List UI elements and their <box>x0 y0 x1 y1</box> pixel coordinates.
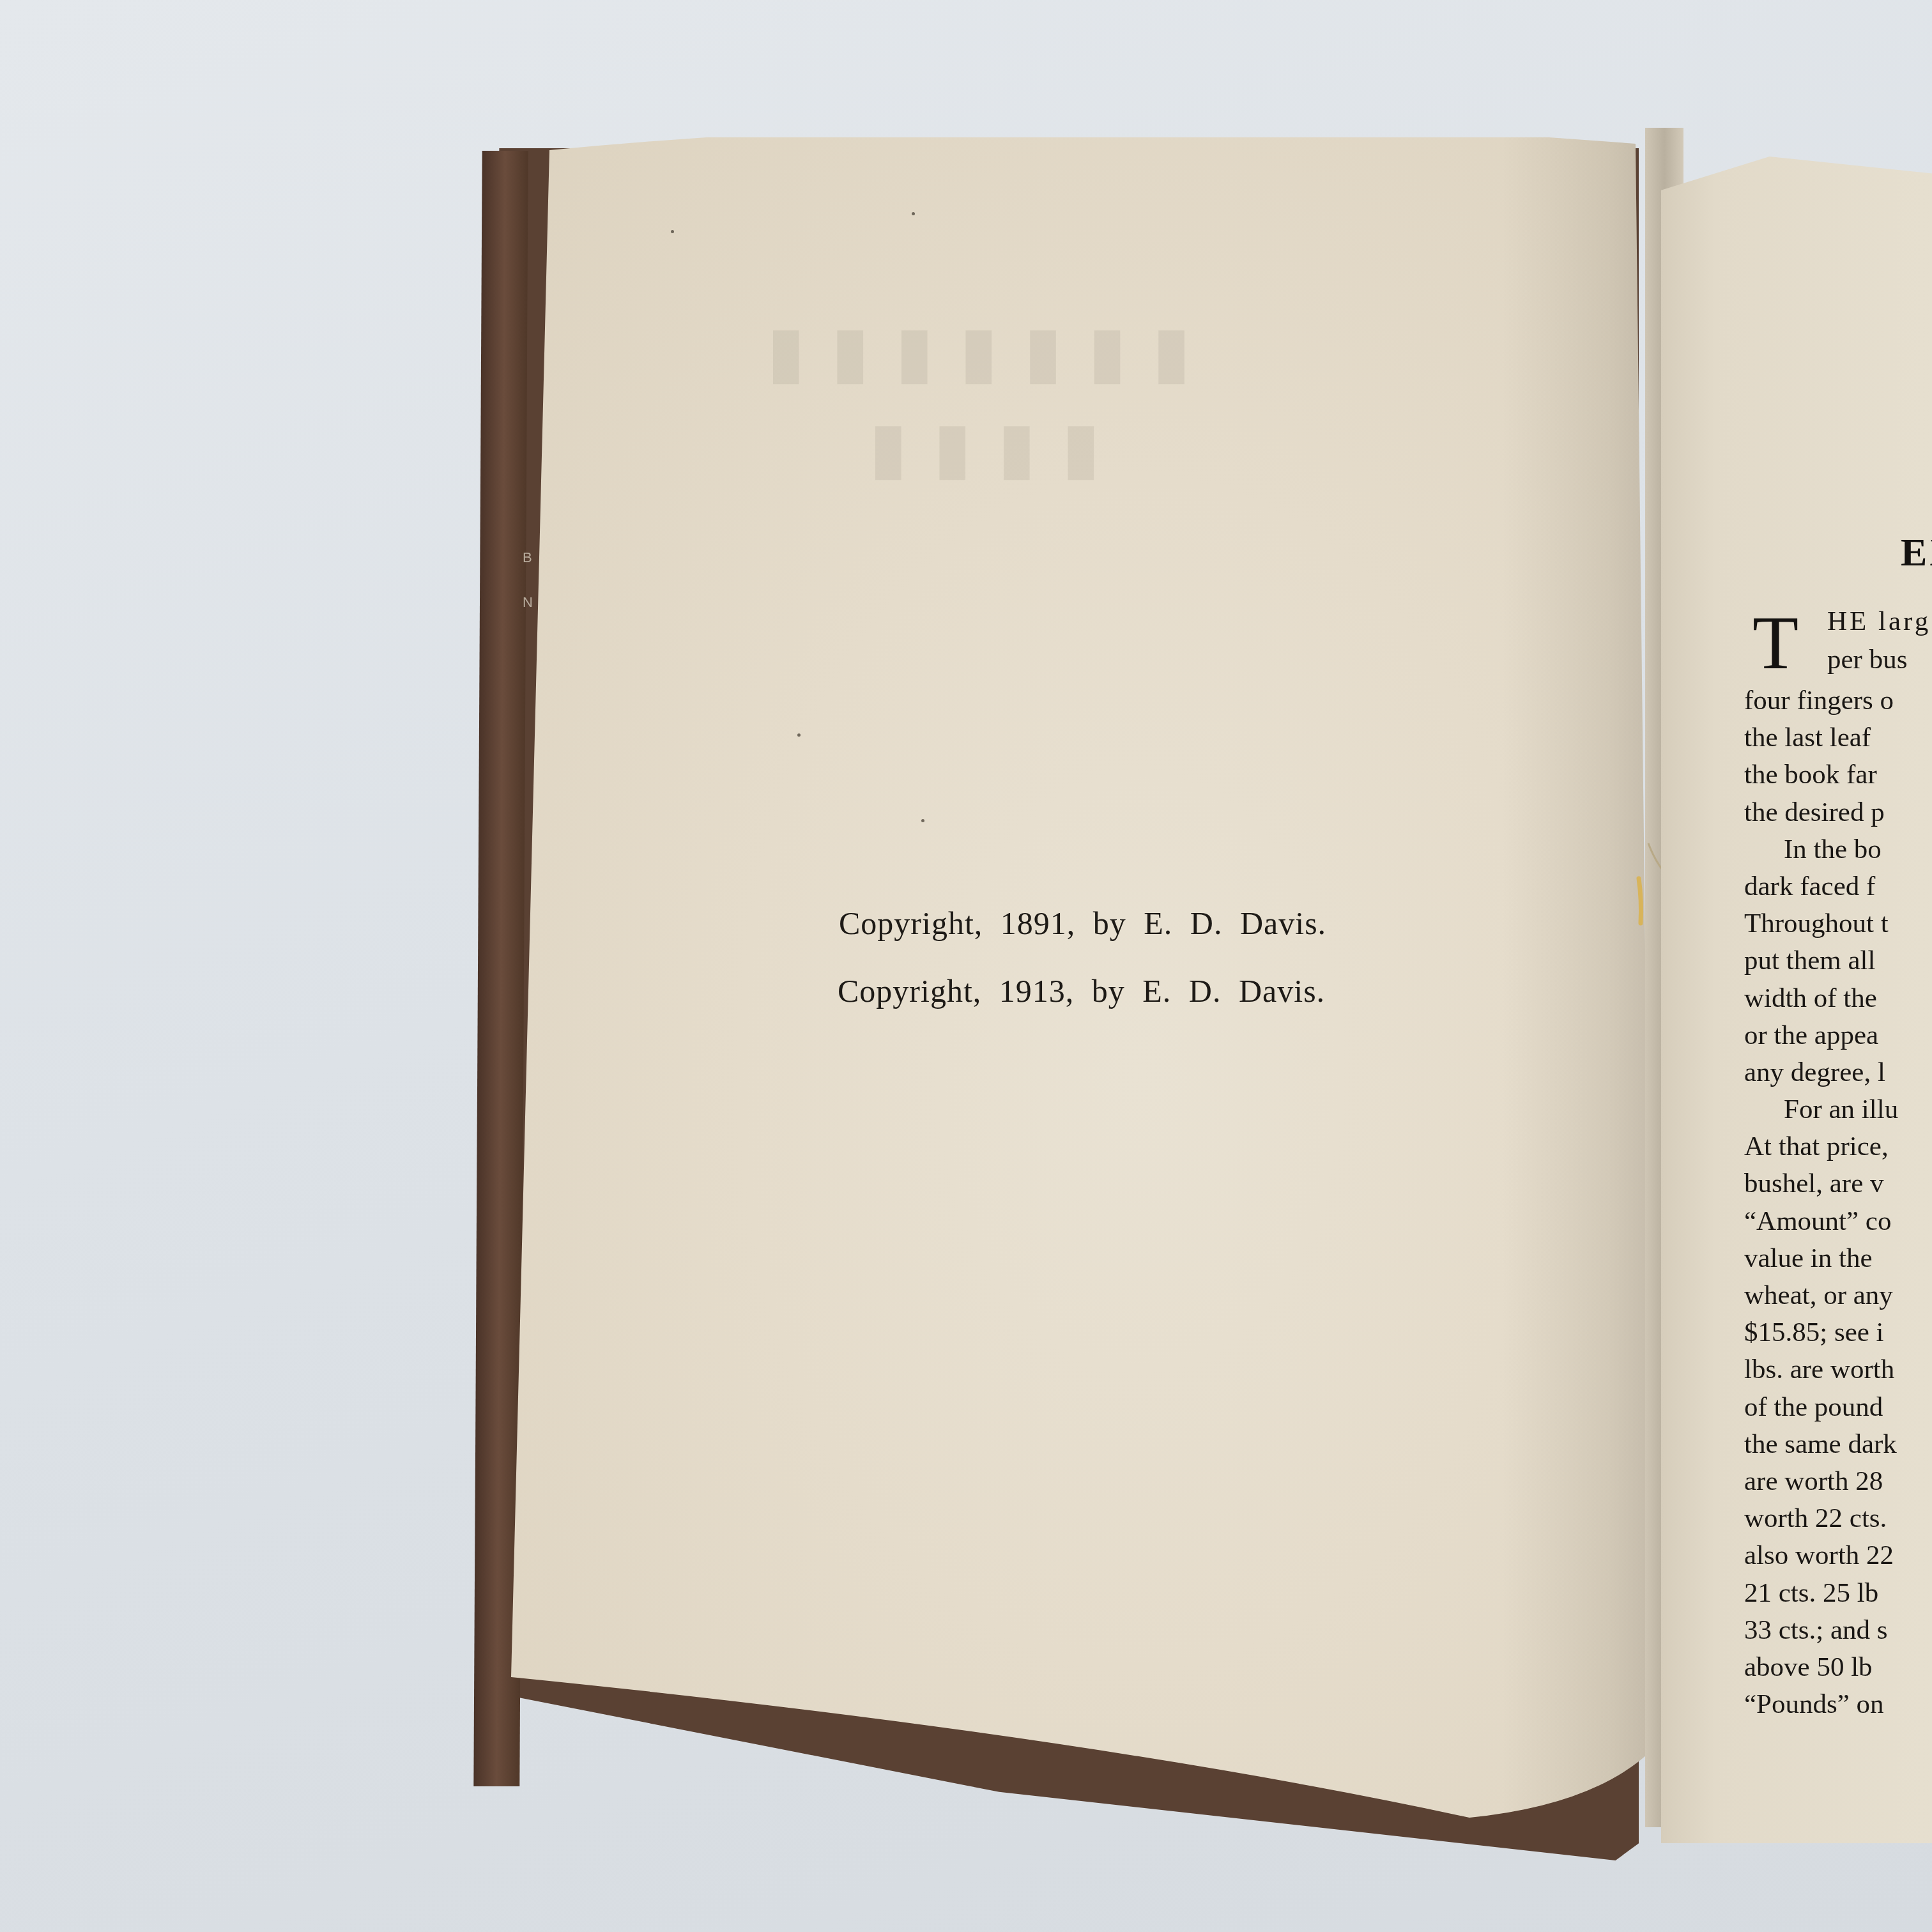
text-line: “Amount” co <box>1744 1203 1932 1240</box>
text-line: Throughout t <box>1744 905 1932 942</box>
text-line: the desired p <box>1744 794 1932 831</box>
text-line: $15.85; see i <box>1744 1314 1932 1351</box>
paper-speck <box>671 230 674 233</box>
text-line: value in the <box>1744 1240 1932 1277</box>
text-line: of the pound <box>1744 1389 1932 1426</box>
text-line: wheat, or any <box>1744 1277 1932 1314</box>
text-line: the same dark <box>1744 1426 1932 1463</box>
text-line: four fingers o <box>1744 682 1932 719</box>
text-line: lbs. are worth <box>1744 1351 1932 1388</box>
text-line: or the appea <box>1744 1017 1932 1054</box>
text-line: the last leaf <box>1744 719 1932 756</box>
show-through-text: ▮▮▮▮ <box>869 406 1126 489</box>
text-line: At that price, <box>1744 1128 1932 1165</box>
spine-mark: B <box>523 549 532 566</box>
text-line: dark faced f <box>1744 868 1932 905</box>
spine-mark: N <box>523 594 533 611</box>
drop-cap: T <box>1752 606 1798 681</box>
text-line: “Pounds” on <box>1744 1686 1932 1723</box>
text-line: For an illu <box>1744 1091 1932 1128</box>
text-line: per bus <box>1827 644 1907 675</box>
text-line: above 50 lb <box>1744 1649 1932 1686</box>
text-line: width of the <box>1744 980 1932 1017</box>
copyright-line-1913: Copyright, 1913, by E. D. Davis. <box>838 957 1401 1025</box>
paper-speck <box>912 212 915 215</box>
paper-speck <box>797 733 801 737</box>
text-line: the book far <box>1744 756 1932 793</box>
copyright-notice: Copyright, 1891, by E. D. Davis. Copyrig… <box>839 889 1401 1025</box>
copyright-line-1891: Copyright, 1891, by E. D. Davis. <box>839 889 1401 957</box>
photo-scene: B N ▮▮▮▮▮▮▮ ▮▮▮▮ Copyright, 1891, by E. … <box>0 0 1932 1932</box>
text-line: any degree, l <box>1744 1054 1932 1091</box>
text-line: HE larg <box>1827 606 1931 637</box>
text-line: 33 cts.; and s <box>1744 1612 1932 1649</box>
show-through-text: ▮▮▮▮▮▮▮ <box>767 310 1216 393</box>
paper-speck <box>921 819 924 822</box>
text-line: put them all <box>1744 942 1932 979</box>
text-line: worth 22 cts. <box>1744 1500 1932 1537</box>
text-line: bushel, are v <box>1744 1165 1932 1202</box>
page-heading: EX <box>1901 530 1932 576</box>
explanation-text: four fingers o the last leaf the book fa… <box>1744 682 1932 1723</box>
text-line: are worth 28 <box>1744 1463 1932 1500</box>
text-line: 21 cts. 25 lb <box>1744 1575 1932 1612</box>
text-line: In the bo <box>1744 831 1932 868</box>
text-line: also worth 22 <box>1744 1537 1932 1574</box>
